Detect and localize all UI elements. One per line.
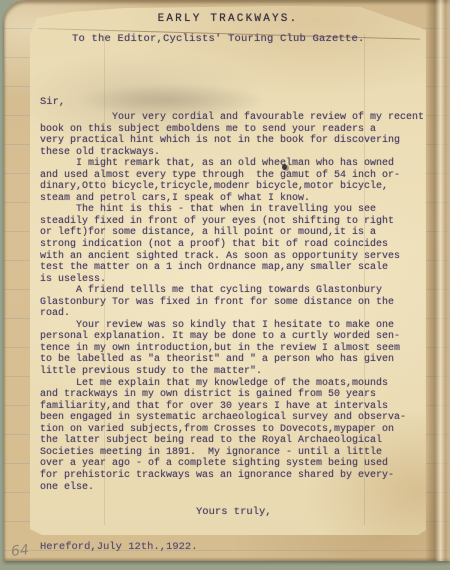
letter-body: Your very cordial and favourable review … bbox=[40, 112, 422, 493]
letter-paper: EARLY TRACKWAYS. To the Editor,Cyclists'… bbox=[30, 4, 426, 535]
letter-title: EARLY TRACKWAYS. bbox=[30, 13, 426, 25]
letter-salutation: To the Editor,Cyclists' Touring Club Gaz… bbox=[72, 33, 365, 45]
page-edge-curl bbox=[425, 0, 450, 561]
letter-greeting: Sir, bbox=[40, 96, 65, 108]
letter-closing: Yours truly, bbox=[196, 506, 272, 518]
scrapbook-scene: EARLY TRACKWAYS. To the Editor,Cyclists'… bbox=[0, 0, 450, 570]
album-page-number: 64 bbox=[10, 542, 29, 560]
letter-dateline: Hereford,July 12th.,1922. bbox=[40, 541, 198, 553]
